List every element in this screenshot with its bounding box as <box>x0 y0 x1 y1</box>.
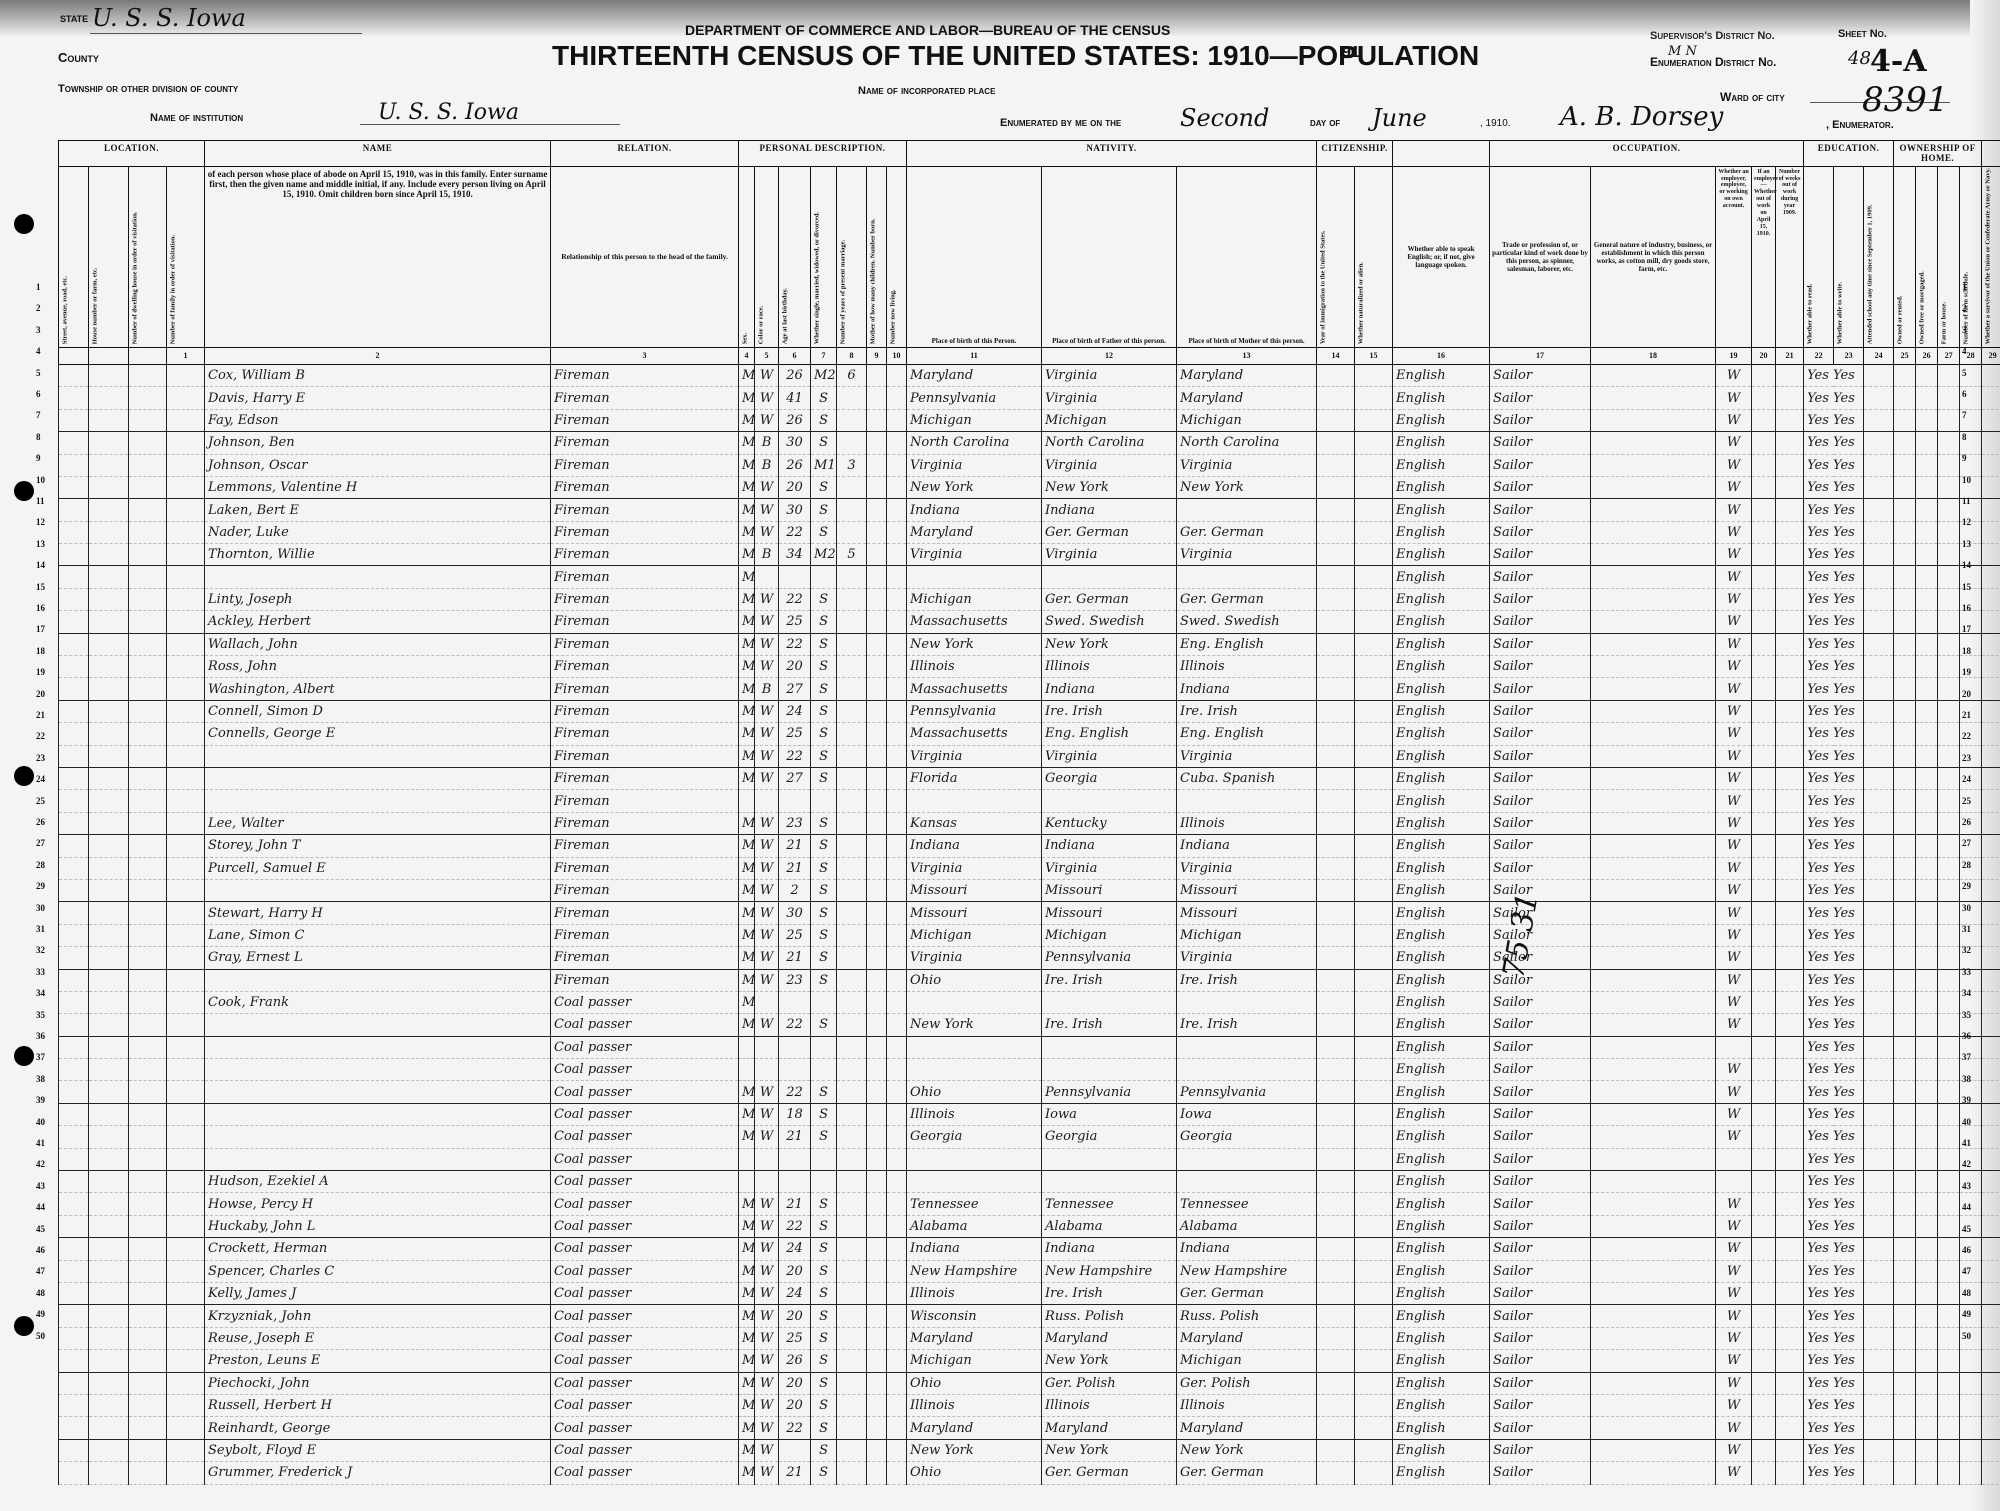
cell-empty <box>1591 1417 1716 1439</box>
cell-mpob <box>1177 1036 1317 1058</box>
cell-empty <box>1317 656 1355 678</box>
cell-fpob: Pennsylvania <box>1042 947 1177 969</box>
cell-empty <box>1752 1260 1776 1282</box>
table-row: Cox, William BFiremanMW26M26MarylandVirg… <box>59 364 2000 386</box>
cell-sex: M <box>739 1350 755 1372</box>
cell-empty <box>1938 1193 1960 1215</box>
cell-age: 30 <box>779 432 811 454</box>
census-table: LOCATION. NAME RELATION. PERSONAL DESCRI… <box>58 140 2000 1485</box>
cell-empty <box>89 1193 129 1215</box>
col-header: of each person whose place of abode on A… <box>205 166 551 347</box>
cell-empty <box>129 723 167 745</box>
cell-empty <box>167 611 205 633</box>
cell-rw: Yes Yes <box>1804 879 1864 901</box>
cell-rel: Coal passer <box>551 1171 739 1193</box>
cell-name: Connell, Simon D <box>205 700 551 722</box>
cell-empty <box>1938 835 1960 857</box>
cell-name <box>205 879 551 901</box>
cell-pob: New York <box>907 1014 1042 1036</box>
enumerator-name: A. B. Dorsey <box>1560 102 1723 132</box>
cell-rel: Coal passer <box>551 1036 739 1058</box>
cell-empty <box>129 1193 167 1215</box>
cell-empty <box>167 409 205 431</box>
cell-eng: English <box>1393 1148 1490 1170</box>
cell-empty <box>1916 1462 1938 1484</box>
cell-empty <box>1591 1036 1716 1058</box>
cell-empty <box>89 924 129 946</box>
cell-empty <box>1916 1171 1938 1193</box>
cell-empty <box>167 588 205 610</box>
table-row: Ackley, HerbertFiremanMW25SMassachusetts… <box>59 611 2000 633</box>
cell-eng: English <box>1393 678 1490 700</box>
cell-empty <box>1317 1462 1355 1484</box>
cell-rw: Yes Yes <box>1804 902 1864 924</box>
cell-empty <box>1960 1350 1982 1372</box>
cell-empty <box>867 1171 887 1193</box>
cell-emp: W <box>1716 947 1752 969</box>
row-number: 17 <box>1962 624 1971 634</box>
cell-empty <box>129 678 167 700</box>
cell-empty <box>1938 588 1960 610</box>
cell-fpob: Russ. Polish <box>1042 1305 1177 1327</box>
cell-empty <box>1591 1081 1716 1103</box>
cell-race: W <box>755 1215 779 1237</box>
row-number: 7 <box>36 410 41 420</box>
row-number: 36 <box>1962 1031 1971 1041</box>
row-number: 31 <box>1962 924 1971 934</box>
cell-empty <box>1317 924 1355 946</box>
cell-empty <box>1938 611 1960 633</box>
cell-empty <box>1916 476 1938 498</box>
cell-empty <box>1752 991 1776 1013</box>
cell-eng: English <box>1393 1350 1490 1372</box>
cell-empty <box>89 476 129 498</box>
cell-pob: Ohio <box>907 1462 1042 1484</box>
cell-empty <box>1317 947 1355 969</box>
cell-empty <box>1591 879 1716 901</box>
cell-empty <box>129 991 167 1013</box>
cell-fpob <box>1042 566 1177 588</box>
cell-occ: Sailor <box>1490 745 1591 767</box>
cell-empty <box>1894 678 1916 700</box>
incorporated-place-label: Name of incorporated place <box>858 85 995 97</box>
table-row: Washington, AlbertFiremanMB27SMassachuse… <box>59 678 2000 700</box>
cell-pob: Massachusetts <box>907 678 1042 700</box>
table-row: Kelly, James JCoal passerMW24SIllinoisIr… <box>59 1282 2000 1304</box>
cell-empty <box>1317 476 1355 498</box>
cell-occ: Sailor <box>1490 1148 1591 1170</box>
cell-empty <box>1752 1282 1776 1304</box>
cell-empty <box>887 364 907 386</box>
cell-ms: S <box>811 611 837 633</box>
cell-empty <box>1864 700 1894 722</box>
cell-empty <box>167 924 205 946</box>
cell-empty <box>89 1148 129 1170</box>
cell-fpob: Georgia <box>1042 1126 1177 1148</box>
cell-rw: Yes Yes <box>1804 476 1864 498</box>
cell-occ: Sailor <box>1490 633 1591 655</box>
cell-empty <box>1355 544 1393 566</box>
cell-ms <box>811 991 837 1013</box>
cell-eng: English <box>1393 1193 1490 1215</box>
cell-empty <box>1894 969 1916 991</box>
cell-empty <box>867 1282 887 1304</box>
cell-ms <box>811 1148 837 1170</box>
cell-empty <box>1894 947 1916 969</box>
cell-emp: W <box>1716 991 1752 1013</box>
cell-empty <box>1982 1193 2000 1215</box>
cell-empty <box>89 1462 129 1484</box>
cell-emp: W <box>1716 812 1752 834</box>
cell-empty <box>867 611 887 633</box>
cell-empty <box>129 1103 167 1125</box>
enumerated-label: Enumerated by me on the <box>1000 117 1121 129</box>
col-header: Color or race. <box>755 166 779 347</box>
cell-rel: Fireman <box>551 521 739 543</box>
cell-eng: English <box>1393 924 1490 946</box>
cell-ms: S <box>811 924 837 946</box>
cell-ms: M1 <box>811 454 837 476</box>
cell-empty <box>1317 857 1355 879</box>
cell-yrs <box>837 924 867 946</box>
cell-empty <box>167 879 205 901</box>
cell-empty <box>129 1014 167 1036</box>
cell-empty <box>1938 454 1960 476</box>
cell-name: Johnson, Oscar <box>205 454 551 476</box>
cell-empty <box>887 566 907 588</box>
cell-empty <box>1894 1036 1916 1058</box>
cell-empty <box>89 611 129 633</box>
cell-empty <box>1591 1238 1716 1260</box>
column-number: 8 <box>837 347 867 364</box>
row-number: 7 <box>1962 410 1967 420</box>
cell-race: W <box>755 924 779 946</box>
cell-empty <box>1982 1462 2000 1484</box>
cell-empty <box>887 1171 907 1193</box>
cell-race: W <box>755 768 779 790</box>
cell-empty <box>129 1282 167 1304</box>
cell-yrs <box>837 566 867 588</box>
cell-eng: English <box>1393 835 1490 857</box>
cell-empty <box>1317 544 1355 566</box>
cell-pob: Virginia <box>907 745 1042 767</box>
cell-age: 25 <box>779 924 811 946</box>
cell-emp: W <box>1716 1260 1752 1282</box>
cell-empty <box>167 1126 205 1148</box>
cell-mpob: Michigan <box>1177 409 1317 431</box>
cell-empty <box>167 1148 205 1170</box>
cell-emp: W <box>1716 1350 1752 1372</box>
cell-empty <box>1982 499 2000 521</box>
cell-empty <box>1591 678 1716 700</box>
cell-empty <box>1776 1417 1804 1439</box>
table-row: Cook, FrankCoal passerMEnglishSailorWYes… <box>59 991 2000 1013</box>
cell-empty <box>887 700 907 722</box>
cell-empty <box>867 409 887 431</box>
cell-age: 21 <box>779 1193 811 1215</box>
cell-emp: W <box>1716 409 1752 431</box>
table-row: Storey, John TFiremanMW21SIndianaIndiana… <box>59 835 2000 857</box>
cell-empty <box>1752 768 1776 790</box>
cell-eng: English <box>1393 1238 1490 1260</box>
col-header: Number of years of present marriage. <box>837 166 867 347</box>
cell-rw: Yes Yes <box>1804 1350 1864 1372</box>
cell-empty <box>1916 879 1938 901</box>
cell-yrs: 6 <box>837 364 867 386</box>
cell-race: B <box>755 454 779 476</box>
cell-name: Fay, Edson <box>205 409 551 431</box>
cell-pob: Michigan <box>907 588 1042 610</box>
cell-empty <box>1938 633 1960 655</box>
cell-sex: M <box>739 1327 755 1349</box>
cell-empty <box>1355 790 1393 812</box>
cell-empty <box>887 812 907 834</box>
cell-yrs <box>837 1014 867 1036</box>
cell-yrs <box>837 656 867 678</box>
cell-sex <box>739 1171 755 1193</box>
cell-occ: Sailor <box>1490 387 1591 409</box>
cell-emp: W <box>1716 1193 1752 1215</box>
cell-rw: Yes Yes <box>1804 1215 1864 1237</box>
cell-yrs <box>837 387 867 409</box>
cell-empty <box>167 1081 205 1103</box>
col-header: House number or farm, etc. <box>89 166 129 347</box>
cell-empty <box>1776 1014 1804 1036</box>
cell-empty <box>1864 1350 1894 1372</box>
cell-empty <box>867 588 887 610</box>
cell-empty <box>89 1282 129 1304</box>
cell-name <box>205 745 551 767</box>
cell-empty <box>1752 902 1776 924</box>
cell-empty <box>1591 991 1716 1013</box>
cell-yrs <box>837 633 867 655</box>
group-nativity: NATIVITY. <box>907 141 1317 167</box>
cell-empty <box>1776 1103 1804 1125</box>
cell-rel: Fireman <box>551 790 739 812</box>
cell-empty <box>867 835 887 857</box>
cell-rw: Yes Yes <box>1804 790 1864 812</box>
cell-empty <box>1916 947 1938 969</box>
cell-eng: English <box>1393 902 1490 924</box>
cell-empty <box>167 902 205 924</box>
cell-rel: Fireman <box>551 745 739 767</box>
cell-sex: M <box>739 544 755 566</box>
cell-pob <box>907 1148 1042 1170</box>
cell-empty <box>1982 1014 2000 1036</box>
cell-mpob: Maryland <box>1177 387 1317 409</box>
cell-empty <box>1752 1059 1776 1081</box>
col-header: Number of farm schedule. <box>1960 166 1982 347</box>
col-header: Number now living. <box>887 166 907 347</box>
cell-yrs <box>837 768 867 790</box>
cell-empty <box>1916 432 1938 454</box>
department-title: DEPARTMENT OF COMMERCE AND LABOR—BUREAU … <box>685 22 1170 38</box>
cell-mpob: Indiana <box>1177 678 1317 700</box>
cell-empty <box>1864 1059 1894 1081</box>
cell-pob: Michigan <box>907 1350 1042 1372</box>
cell-empty <box>89 588 129 610</box>
cell-empty <box>59 633 89 655</box>
cell-empty <box>1776 678 1804 700</box>
cell-empty <box>887 1394 907 1416</box>
cell-empty <box>1982 409 2000 431</box>
cell-empty <box>1916 768 1938 790</box>
cell-empty <box>887 1215 907 1237</box>
cell-ms: S <box>811 387 837 409</box>
cell-occ: Sailor <box>1490 656 1591 678</box>
cell-fpob: Virginia <box>1042 544 1177 566</box>
cell-empty <box>1355 991 1393 1013</box>
cell-age: 34 <box>779 544 811 566</box>
cell-mpob: North Carolina <box>1177 432 1317 454</box>
column-number <box>59 347 89 364</box>
cell-empty <box>1982 364 2000 386</box>
cell-empty <box>1864 364 1894 386</box>
cell-empty <box>1752 1372 1776 1394</box>
cell-name: Gray, Ernest L <box>205 947 551 969</box>
cell-emp: W <box>1716 969 1752 991</box>
cell-empty <box>887 1439 907 1461</box>
cell-empty <box>167 1282 205 1304</box>
cell-empty <box>1894 835 1916 857</box>
cell-yrs <box>837 1081 867 1103</box>
cell-empty <box>1317 633 1355 655</box>
cell-empty <box>1317 879 1355 901</box>
cell-yrs <box>837 857 867 879</box>
col-header: Year of immigration to the United States… <box>1317 166 1355 347</box>
cell-rw: Yes Yes <box>1804 656 1864 678</box>
cell-empty <box>167 1462 205 1484</box>
cell-empty <box>867 1439 887 1461</box>
cell-rw: Yes Yes <box>1804 454 1864 476</box>
col-header: Trade or profession of, or particular ki… <box>1490 166 1591 347</box>
table-row: Laken, Bert EFiremanMW30SIndianaIndianaE… <box>59 499 2000 521</box>
cell-empty <box>89 1417 129 1439</box>
cell-sex: M <box>739 476 755 498</box>
cell-empty <box>867 723 887 745</box>
cell-empty <box>1916 1305 1938 1327</box>
row-number: 29 <box>36 881 45 891</box>
cell-empty <box>1982 723 2000 745</box>
cell-empty <box>1591 1394 1716 1416</box>
table-row: Reuse, Joseph ECoal passerMW25SMarylandM… <box>59 1327 2000 1349</box>
table-row: Coal passerMW22SNew YorkIre. IrishIre. I… <box>59 1014 2000 1036</box>
cell-empty <box>1317 991 1355 1013</box>
cell-age: 25 <box>779 723 811 745</box>
cell-empty <box>167 678 205 700</box>
cell-empty <box>887 991 907 1013</box>
cell-empty <box>1864 1282 1894 1304</box>
cell-rel: Coal passer <box>551 1238 739 1260</box>
cell-empty <box>867 476 887 498</box>
cell-empty <box>1894 1238 1916 1260</box>
cell-fpob: Missouri <box>1042 879 1177 901</box>
cell-empty <box>1982 387 2000 409</box>
row-number: 5 <box>36 368 41 378</box>
cell-occ: Sailor <box>1490 857 1591 879</box>
cell-empty <box>1960 1372 1982 1394</box>
cell-empty <box>1916 790 1938 812</box>
cell-empty <box>129 1238 167 1260</box>
cell-eng: English <box>1393 611 1490 633</box>
cell-empty <box>1938 1394 1960 1416</box>
cell-empty <box>129 521 167 543</box>
cell-empty <box>129 476 167 498</box>
col-header: Street, avenue, road, etc. <box>59 166 89 347</box>
cell-sex: M <box>739 1103 755 1125</box>
cell-occ: Sailor <box>1490 1282 1591 1304</box>
cell-rel: Fireman <box>551 947 739 969</box>
cell-empty <box>1916 700 1938 722</box>
cell-empty <box>1916 1036 1938 1058</box>
cell-empty <box>1355 1372 1393 1394</box>
row-number: 3 <box>36 325 41 335</box>
cell-empty <box>89 1305 129 1327</box>
stamp-number: 8391 <box>1862 80 1949 120</box>
cell-empty <box>1938 1171 1960 1193</box>
cell-empty <box>1776 835 1804 857</box>
cell-eng: English <box>1393 1103 1490 1125</box>
cell-empty <box>1776 790 1804 812</box>
cell-empty <box>1864 521 1894 543</box>
cell-empty <box>1916 1260 1938 1282</box>
cell-rw: Yes Yes <box>1804 991 1864 1013</box>
cell-emp: W <box>1716 1305 1752 1327</box>
cell-empty <box>1982 790 2000 812</box>
cell-empty <box>1864 835 1894 857</box>
cell-empty <box>89 454 129 476</box>
cell-empty <box>1776 812 1804 834</box>
column-number: 1 <box>167 347 205 364</box>
cell-mpob: Swed. Swedish <box>1177 611 1317 633</box>
cell-emp: W <box>1716 1439 1752 1461</box>
cell-empty <box>167 835 205 857</box>
cell-empty <box>887 902 907 924</box>
row-number: 10 <box>36 475 45 485</box>
cell-empty <box>1317 745 1355 767</box>
cell-empty <box>129 1439 167 1461</box>
cell-empty <box>1894 1059 1916 1081</box>
cell-empty <box>1916 521 1938 543</box>
cell-rw: Yes Yes <box>1804 1394 1864 1416</box>
cell-empty <box>1938 1462 1960 1484</box>
cell-empty <box>1317 1081 1355 1103</box>
cell-mpob: Tennessee <box>1177 1193 1317 1215</box>
cell-sex: M <box>739 902 755 924</box>
cell-empty <box>1752 1126 1776 1148</box>
cell-empty <box>1355 857 1393 879</box>
cell-eng: English <box>1393 588 1490 610</box>
cell-empty <box>887 790 907 812</box>
cell-empty <box>1894 1081 1916 1103</box>
cell-sex: M <box>739 588 755 610</box>
cell-eng: English <box>1393 812 1490 834</box>
cell-empty <box>867 745 887 767</box>
cell-empty <box>1938 1081 1960 1103</box>
group-education: EDUCATION. <box>1804 141 1894 167</box>
cell-empty <box>129 1417 167 1439</box>
cell-fpob: Missouri <box>1042 902 1177 924</box>
cell-rel: Coal passer <box>551 1394 739 1416</box>
cell-mpob: Georgia <box>1177 1126 1317 1148</box>
cell-empty <box>1894 991 1916 1013</box>
cell-yrs <box>837 1238 867 1260</box>
cell-rw: Yes Yes <box>1804 1462 1864 1484</box>
cell-rw: Yes Yes <box>1804 1103 1864 1125</box>
table-row: Spencer, Charles CCoal passerMW20SNew Ha… <box>59 1260 2000 1282</box>
cell-empty <box>1982 768 2000 790</box>
cell-pob: Illinois <box>907 1394 1042 1416</box>
